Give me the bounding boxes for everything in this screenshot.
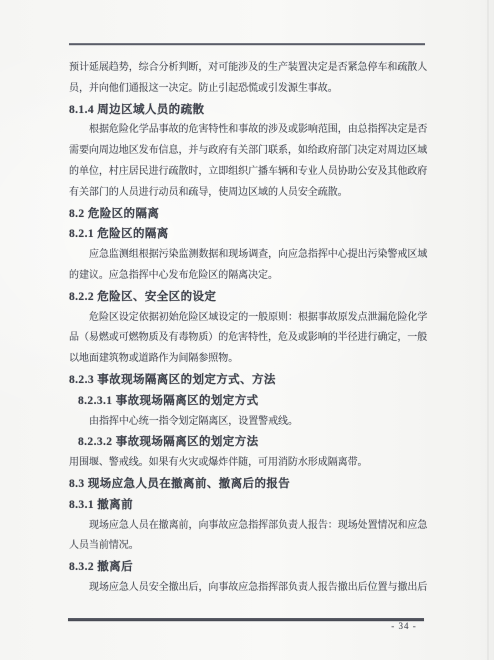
scan-edge-artifact	[487, 0, 489, 660]
paragraph-line: 的建议。应急指挥中心发布危险区的隔离决定。	[69, 266, 427, 287]
paragraph-line: 危险区设定依据初始危险区域设定的一般原则：根据事故原发点泄漏危险化学	[69, 308, 427, 329]
paragraph-line: 用围堰、警戒线。如果有火灾或爆炸伴随，可用消防水形成隔离带。	[69, 453, 427, 474]
heading-8-1-4: 8.1.4 周边区域人员的疏散	[69, 100, 427, 121]
heading-8-2: 8.2 危险区的隔离	[69, 204, 427, 225]
heading-8-2-2: 8.2.2 危险区、安全区的设定	[69, 287, 427, 308]
heading-8-3: 8.3 现场应急人员在撤离前、撤离后的报告	[69, 474, 427, 495]
paragraph-line: 员，并向他们通报这一决定。防止引起恐慌或引发源生事故。	[69, 79, 427, 100]
header-rule	[69, 43, 425, 45]
paragraph-line: 人员当前情况。	[69, 536, 427, 557]
paragraph-line: 的单位，村庄居民进行疏散时，立即组织广播车辆和专业人员协助公安及其他政府	[69, 162, 427, 183]
footer-rule	[68, 618, 424, 621]
heading-8-3-2: 8.3.2 撤离后	[69, 557, 427, 578]
heading-8-3-1: 8.3.1 撤离前	[69, 495, 427, 516]
scanned-document-page: 预计延展趋势，综合分析判断，对可能涉及的生产装置决定是否紧急停车和疏散人 员，并…	[0, 0, 494, 660]
paragraph-line: 现场应急人员在撤离前，向事故应急指挥部负责人报告：现场处置情况和应急	[69, 516, 427, 537]
paragraph-line: 根据危险化学品事故的危害特性和事故的涉及或影响范围，由总指挥决定是否	[69, 120, 427, 141]
paragraph-line: 由指挥中心统一指令划定隔离区，设置警戒线。	[69, 412, 427, 433]
heading-8-2-3-2: 8.2.3.2 事故现场隔离区的划定方法	[69, 432, 427, 453]
page-number: - 34 -	[380, 621, 428, 631]
paragraph-line: 品（易燃或可燃物质及有毒物质）的危害特性，危及或影响的半径进行确定，一般	[69, 328, 427, 349]
document-body: 预计延展趋势，综合分析判断，对可能涉及的生产装置决定是否紧急停车和疏散人 员，并…	[69, 58, 427, 599]
paragraph-line: 应急监测组根据污染监测数据和现场调查，向应急指挥中心提出污染警戒区域	[69, 245, 427, 266]
paragraph-line: 以地面建筑物或道路作为间隔参照物。	[69, 349, 427, 370]
paragraph-line: 需要向周边地区发布信息，并与政府有关部门联系，如给政府部门决定对周边区域	[69, 141, 427, 162]
paragraph-line: 有关部门的人员进行动员和疏导，使周边区域的人员安全疏散。	[69, 183, 427, 204]
heading-8-2-3: 8.2.3 事故现场隔离区的划定方式、方法	[69, 370, 427, 391]
heading-8-2-3-1: 8.2.3.1 事故现场隔离区的划定方式	[69, 391, 427, 412]
heading-8-2-1: 8.2.1 危险区的隔离	[69, 224, 427, 245]
paragraph-line: 预计延展趋势，综合分析判断，对可能涉及的生产装置决定是否紧急停车和疏散人	[69, 58, 427, 79]
paragraph-line: 现场应急人员安全撤出后，向事故应急指挥部负责人报告撤出后位置与撤出后	[69, 578, 427, 599]
